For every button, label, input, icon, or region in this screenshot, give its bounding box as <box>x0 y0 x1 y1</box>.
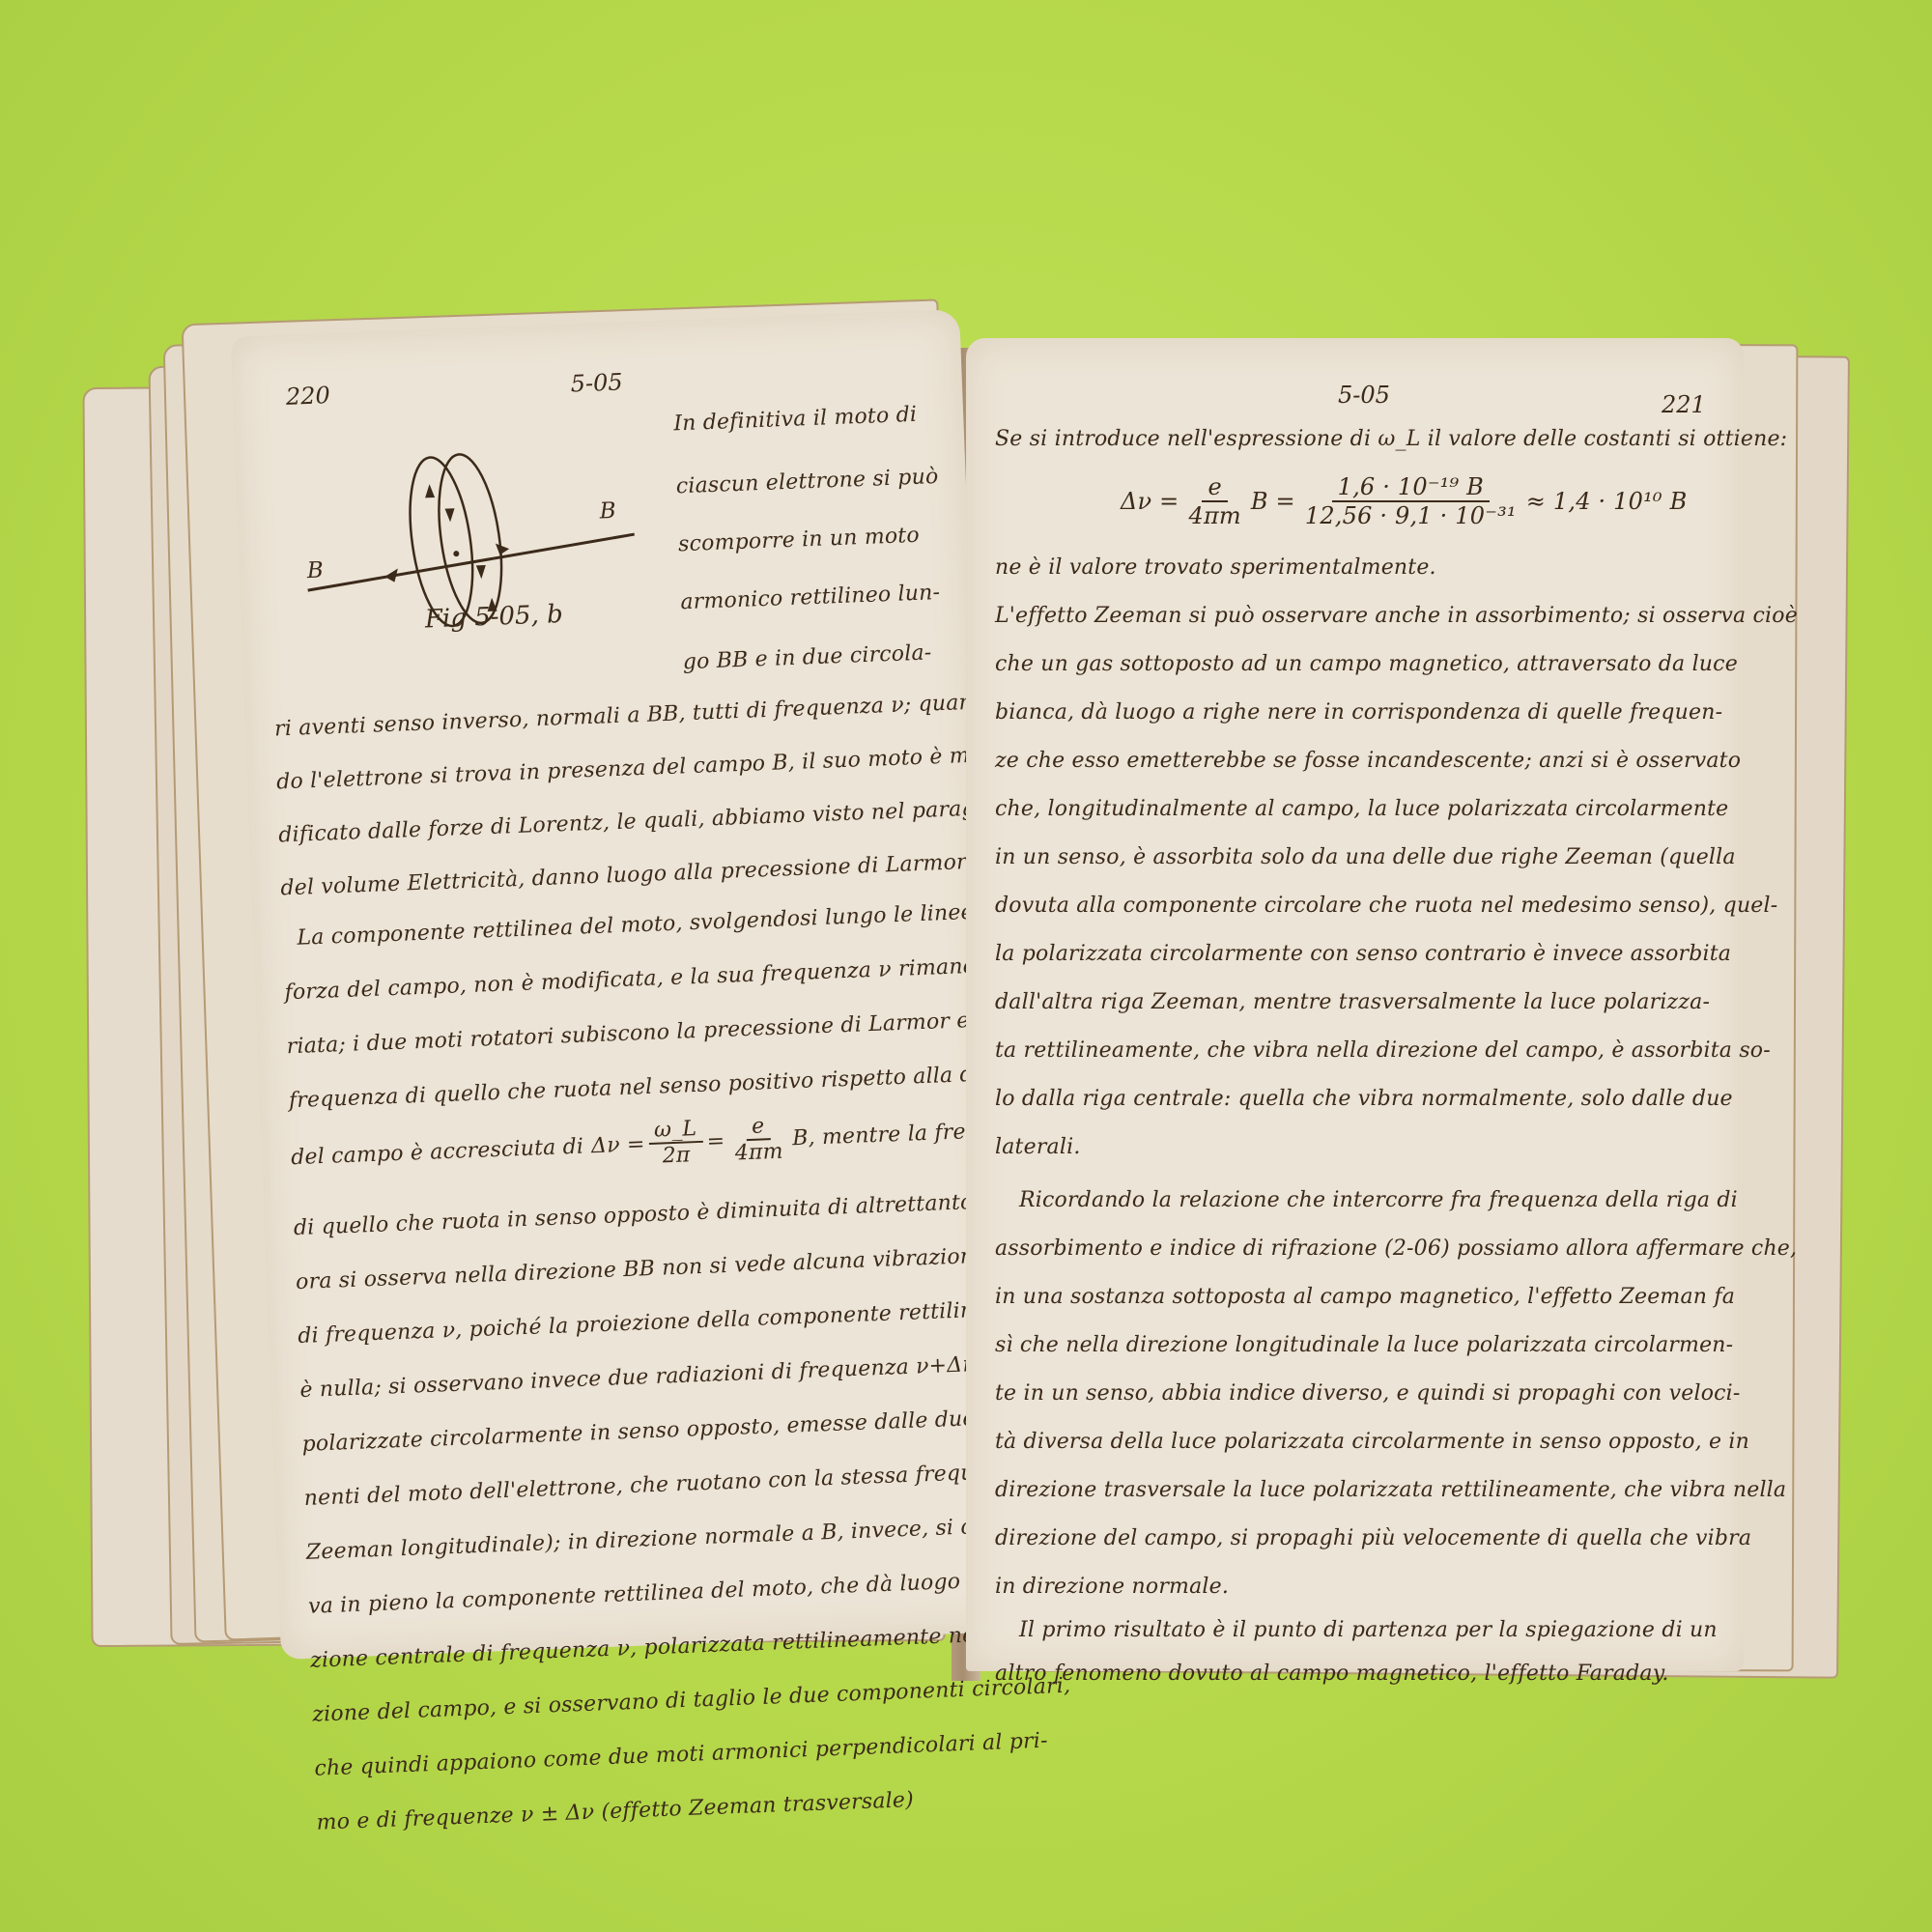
text-line: in direzione normale. <box>995 1575 1229 1599</box>
text-line: scomporre in un moto <box>678 524 921 557</box>
text-line: do l'elettrone si trova in presenza del … <box>276 743 991 794</box>
formula-lhs: Δν = <box>591 1132 645 1158</box>
text-line: polarizzate circolarmente in senso oppos… <box>301 1404 1062 1457</box>
page-number: 220 <box>285 382 330 411</box>
text-line: ora si osserva nella direzione BB non si… <box>296 1244 987 1294</box>
text-line: ciascun elettrone si può <box>675 465 938 498</box>
text-line: Zeeman longitudinale); in direzione norm… <box>305 1513 1026 1565</box>
text-line: go BB e in due circola- <box>682 640 932 674</box>
text-line: La componente rettilinea del moto, svolg… <box>297 899 1002 951</box>
text-line: tà diversa della luce polarizzata circol… <box>995 1430 1749 1454</box>
text-line: ne è il valore trovato sperimentalmente. <box>995 555 1436 580</box>
text-line: sì che nella direzione longitudinale la … <box>995 1333 1733 1357</box>
page-number: 221 <box>1662 391 1706 418</box>
text-line: di quello che ruota in senso opposto è d… <box>294 1189 1015 1241</box>
section-number: 5-05 <box>1338 382 1390 409</box>
formula-prefix: del campo è accresciuta di <box>291 1134 584 1170</box>
text-line: In definitiva il moto di <box>673 403 918 437</box>
intro-line: Se si introduce nell'espressione di ω_L … <box>995 427 1787 451</box>
fraction: 1,6 · 10⁻¹⁹ B 12,56 · 9,1 · 10⁻³¹ <box>1299 473 1522 529</box>
text-line: dall'altra riga Zeeman, mentre trasversa… <box>995 990 1710 1014</box>
text-line: frequenza di quello che ruota nel senso … <box>288 1060 1062 1114</box>
text-line: che, longitudinalmente al campo, la luce… <box>995 797 1728 821</box>
text-line: che un gas sottoposto ad un campo magnet… <box>995 652 1738 676</box>
text-line: laterali. <box>995 1135 1081 1159</box>
text-line: bianca, dà luogo a righe nere in corrisp… <box>995 700 1722 724</box>
left-page: 220 5-05 B B Fig 5-05, b In definitiva i… <box>231 309 1010 1660</box>
text-line: ze che esso emetterebbe se fosse incande… <box>995 749 1741 773</box>
text-line: in una sostanza sottoposta al campo magn… <box>995 1285 1735 1309</box>
text-line: di frequenza ν, poiché la proiezione del… <box>298 1297 1000 1349</box>
field-label-b-right: B <box>599 498 616 525</box>
text-line: la polarizzata circolarmente con senso c… <box>995 942 1731 966</box>
section-number: 5-05 <box>570 368 623 397</box>
text-line: dovuta alla componente circolare che ruo… <box>995 894 1777 918</box>
zeeman-figure: B B <box>272 408 667 635</box>
text-line: Il primo risultato è il punto di partenz… <box>1019 1618 1718 1642</box>
text-line: dificato dalle forze di Lorentz, le qual… <box>278 794 1038 847</box>
text-line: Ricordando la relazione che intercorre f… <box>1019 1188 1738 1212</box>
text-line: è nulla; si osservano invece due radiazi… <box>299 1350 1063 1403</box>
fraction: ω_L 2π <box>648 1117 704 1169</box>
text-line: L'effetto Zeeman si può osservare anche … <box>995 604 1798 628</box>
text-line: forza del campo, non è modificata, e la … <box>284 952 1037 1005</box>
field-label-b-left: B <box>306 557 324 583</box>
text-line: in un senso, è assorbita solo da una del… <box>995 845 1736 869</box>
text-line: te in un senso, abbia indice diverso, e … <box>995 1381 1741 1406</box>
zeeman-shift-formula: Δν = e 4πm B = 1,6 · 10⁻¹⁹ B 12,56 · 9,1… <box>1121 473 1687 529</box>
fraction: e 4πm <box>727 1113 789 1165</box>
text-line: lo dalla riga centrale: quella che vibra… <box>995 1087 1733 1111</box>
text-line: va in pieno la componente rettilinea del… <box>308 1565 1079 1619</box>
text-line: ri aventi senso inverso, normali a BB, t… <box>274 690 980 741</box>
text-line: direzione del campo, si propaghi più vel… <box>995 1526 1751 1550</box>
fraction: e 4πm <box>1182 473 1246 529</box>
text-line: direzione trasversale la luce polarizzat… <box>995 1478 1786 1502</box>
text-line: armonico rettilineo lun- <box>680 581 941 614</box>
text-line: assorbimento e indice di rifrazione (2-0… <box>995 1236 1797 1261</box>
text-line: del volume Elettricità, danno luogo alla… <box>280 850 972 900</box>
figure-caption: Fig 5-05, b <box>424 600 563 634</box>
text-line: riata; i due moti rotatori subiscono la … <box>286 1008 996 1059</box>
right-page: 5-05 221 Se si introduce nell'espression… <box>966 338 1744 1671</box>
text-line: altro fenomeno dovuto al campo magnetico… <box>995 1662 1669 1686</box>
text-line: ta rettilineamente, che vibra nella dire… <box>995 1038 1771 1063</box>
larmor-formula: del campo è accresciuta di Δν = ω_L 2π =… <box>290 1103 1045 1182</box>
